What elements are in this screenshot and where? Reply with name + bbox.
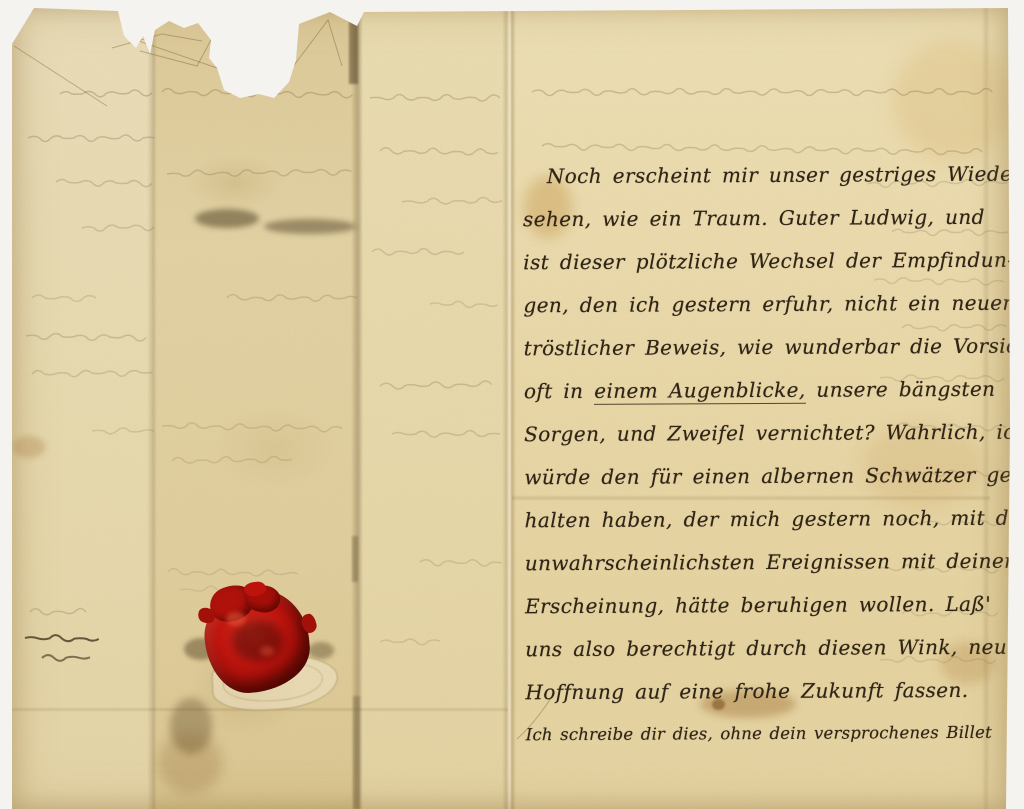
dirt-smudge: [158, 732, 222, 794]
letter-line-6-post: unsere bängsten: [806, 377, 996, 402]
letter-line-13: Hoffnung auf eine frohe Zukunft fassen.: [511, 678, 968, 704]
letter-line-7: Sorgen, und Zweifel vernichtet? Wahrlich…: [510, 420, 1024, 447]
fold-grime-bottom: [353, 696, 360, 809]
fold-grime-mid: [352, 536, 358, 582]
ink-smudge: [195, 209, 259, 228]
fold-line-1: [147, 6, 157, 809]
letter-scan: Noch erscheint mir unser gestriges Wiede…: [0, 0, 1024, 809]
letter-line-1: Noch erscheint mir unser gestriges Wiede…: [509, 162, 1024, 189]
underlined-phrase: einem Augenblicke,: [594, 378, 806, 405]
seal-highlight: [260, 646, 274, 656]
fox-stain: [12, 436, 46, 458]
letter-text-block: Noch erscheint mir unser gestriges Wiede…: [508, 5, 1012, 809]
letter-line-8: würde den für einen albernen Schwätzer g…: [510, 463, 1019, 490]
seal-crevice: [232, 620, 284, 662]
letter-line-10: unwahrscheinlichsten Ereignissen mit dei…: [511, 549, 1014, 576]
verso-left-flap: [12, 6, 153, 809]
letter-line-2: sehen, wie ein Traum. Guter Ludwig, und: [509, 205, 985, 231]
seal-highlight: [226, 612, 246, 626]
letter-line-12: uns also berechtigt durch diesen Wink, n…: [511, 635, 1019, 662]
letter-line-11: Erscheinung, hätte beruhigen wollen. Laß…: [511, 592, 991, 619]
ink-smudge: [264, 219, 356, 234]
letter-line-6: oft in einem Augenblicke, unsere bängste…: [510, 377, 996, 404]
letter-line-5: tröstlicher Beweis, wie wunderbar die Vo…: [510, 334, 1024, 361]
letter-line-9: halten haben, der mich gestern noch, mit…: [511, 506, 1024, 533]
verso-right-panel: [357, 6, 510, 809]
fold-line-2: [351, 6, 363, 809]
letter-line-4: gen, den ich gestern erfuhr, nicht ein n…: [509, 291, 1012, 318]
fold-grime-top: [349, 6, 358, 84]
letter-line-14: Ich schreibe dir dies, ohne dein verspro…: [512, 723, 992, 745]
letter-line-3: ist dieser plötzliche Wechsel der Empfin…: [509, 248, 1014, 275]
dirt-smudge: [170, 698, 212, 754]
letter-line-6-pre: oft in: [524, 379, 594, 403]
dirt-smudge: [308, 642, 334, 659]
letter-sheet: Noch erscheint mir unser gestriges Wiede…: [12, 6, 1010, 809]
